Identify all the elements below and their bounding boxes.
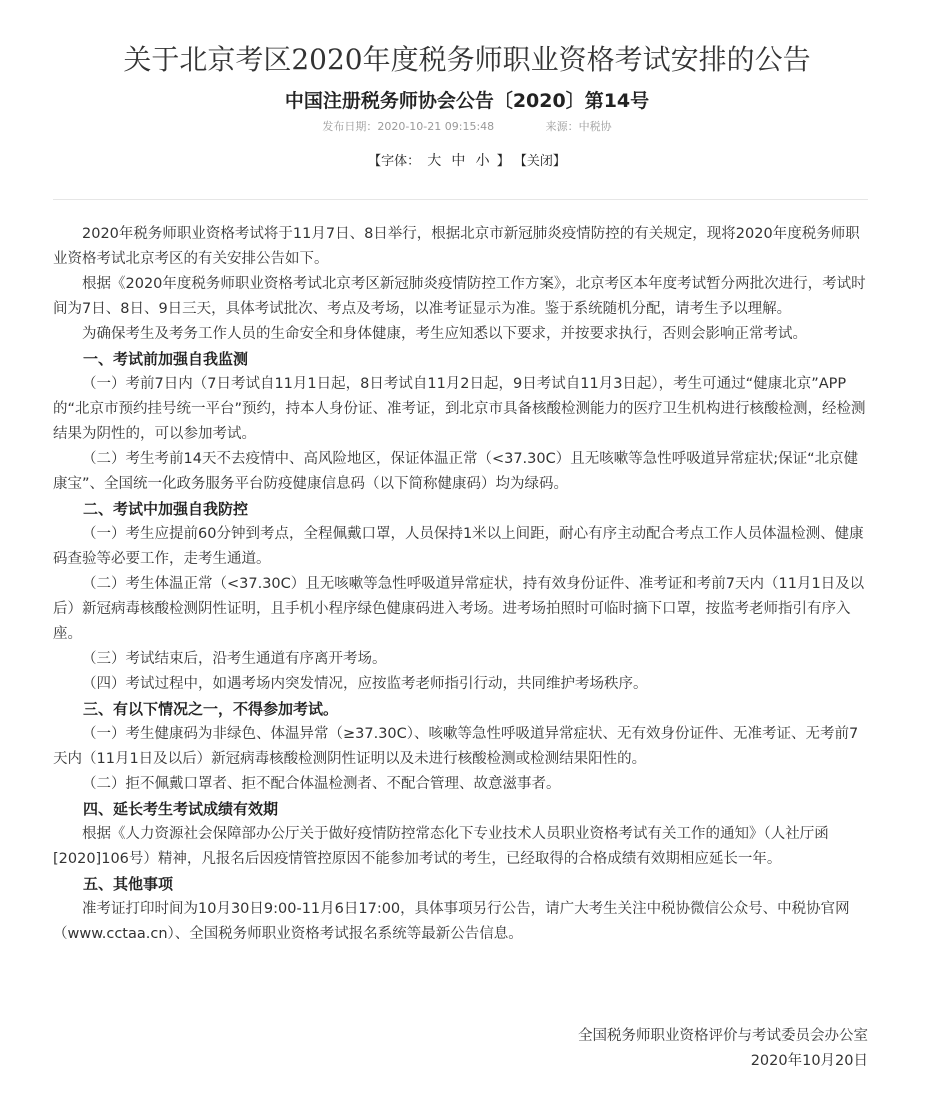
signature: 全国税务师职业资格评价与考试委员会办公室 2020年10月20日 [578,1024,868,1074]
paragraph: 2020年税务师职业资格考试将于11月7日、8日举行，根据北京市新冠肺炎疫情防控… [53,222,868,272]
close-button[interactable]: 【关闭】 [514,154,566,169]
paragraph: （二）考生考前14天不去疫情中、高风险地区，保证体温正常（<37.30C）且无咳… [53,447,868,497]
paragraph: （三）考试结束后，沿考生通道有序离开考场。 [53,647,868,672]
paragraph: 根据《人力资源社会保障部办公厅关于做好疫情防控常态化下专业技术人员职业资格考试有… [53,822,868,872]
paragraph: （一）考前7日内（7日考试自11月1日起，8日考试自11月2日起，9日考试自11… [53,372,868,447]
font-large-button[interactable]: 大 [427,153,441,169]
font-label: 【字体： [368,154,420,169]
paragraph: （四）考试过程中，如遇考场内突发情况，应按监考老师指引行动，共同维护考场秩序。 [53,672,868,697]
font-size-controls: 【字体： 大 中 小 】 【关闭】 [0,150,934,170]
publish-date: 发布日期：2020-10-21 09:15:48 [322,120,494,133]
section-heading: 一、考试前加强自我监测 [53,347,868,372]
signature-date: 2020年10月20日 [578,1049,868,1074]
section-heading: 四、延长考生考试成绩有效期 [53,797,868,822]
font-small-button[interactable]: 小 [476,153,490,169]
paragraph: 准考证打印时间为10月30日9:00-11月6日17:00，具体事项另行公告，请… [53,897,868,947]
announcement-number: 中国注册税务师协会公告〔2020〕第14号 [0,86,934,113]
paragraph: 为确保考生及考务工作人员的生命安全和身体健康，考生应知悉以下要求，并按要求执行，… [53,322,868,347]
article-meta: 发布日期：2020-10-21 09:15:48 来源：中税协 [0,118,934,134]
source: 来源：中税协 [546,120,612,133]
paragraph: 根据《2020年度税务师职业资格考试北京考区新冠肺炎疫情防控工作方案》，北京考区… [53,272,868,322]
article-body: 2020年税务师职业资格考试将于11月7日、8日举行，根据北京市新冠肺炎疫情防控… [53,222,868,947]
page-title: 关于北京考区2020年度税务师职业资格考试安排的公告 [0,38,934,78]
section-heading: 三、有以下情况之一，不得参加考试。 [53,697,868,722]
font-medium-button[interactable]: 中 [451,153,465,169]
signature-org: 全国税务师职业资格评价与考试委员会办公室 [578,1024,868,1049]
paragraph: （一）考生应提前60分钟到考点，全程佩戴口罩，人员保持1米以上间距，耐心有序主动… [53,522,868,572]
divider [53,199,868,200]
section-heading: 二、考试中加强自我防控 [53,497,868,522]
font-label-end: 】 [497,154,510,169]
paragraph: （一）考生健康码为非绿色、体温异常（≥37.30C）、咳嗽等急性呼吸道异常症状、… [53,722,868,772]
section-heading: 五、其他事项 [53,872,868,897]
paragraph: （二）拒不佩戴口罩者、拒不配合体温检测者、不配合管理、故意滋事者。 [53,772,868,797]
paragraph: （二）考生体温正常（<37.30C）且无咳嗽等急性呼吸道异常症状，持有效身份证件… [53,572,868,647]
